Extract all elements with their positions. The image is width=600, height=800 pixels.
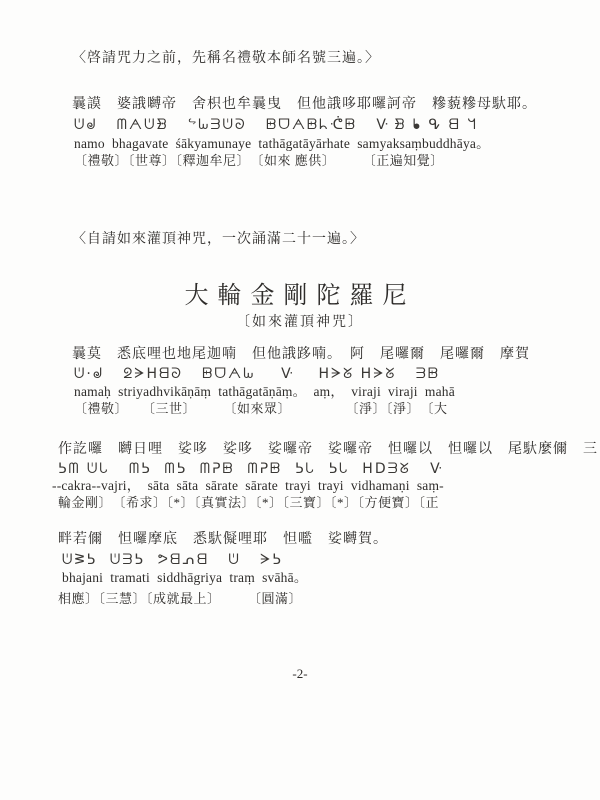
romanization-line: namo bhagavate śākyamunaye tathāgatāyārh… xyxy=(74,136,490,153)
siddham-script-line: ᕫᖙ ᗰᗅᕫᗿ ᖦᘈᗱᕫᘐ ᗸᗜᗅᗸᖺᕨᗸ ᐻ ᗿ ᖲ ᕴ ᗺ ᖻ xyxy=(74,117,478,135)
gloss-line: 〔禮敬〕 〔三世〕 〔如來眾〕 〔淨〕〔淨〕 〔大 xyxy=(74,401,448,417)
intro-note-1: 〈啓請咒力之前，先稱名禮敬本師名號三遍。〉 xyxy=(72,50,380,68)
gloss-line: 相應〕〔三慧〕〔成就最上〕 〔圓滿〕 xyxy=(58,591,302,607)
intro-note-2: 〈自請如來灌頂神咒，一次誦滿二十一遍。〉 xyxy=(72,231,365,249)
romanization-line: namaḥ striyadhvikāṇāṃ tathāgatāṇāṃ。 aṃ， … xyxy=(74,384,455,401)
dharani-subtitle: 〔如來灌頂神咒〕 xyxy=(0,314,600,332)
page-number: -2- xyxy=(0,666,600,682)
mantra-chinese-line: 曩莫 悉底哩也地尾迦喃 但他誐跢喃。 阿 尾囉爾 尾囉爾 摩賀 xyxy=(72,346,530,364)
siddham-script-line: ᕫ·ᖙ ᘖᗒᕼᗺᘐ ᗸᗜᗅᘈ ᐻ ᕼᗒᘜ ᕼᗒᘜ ᗱᗸ xyxy=(74,366,440,384)
dharani-title: 大輪金剛陀羅尼 xyxy=(0,281,600,311)
siddham-script-line: ᕫᕒᕊ ᕫᗱᕊ ᕗᗺᕄᗺ ᕫ ᗒᕊ xyxy=(62,552,283,570)
siddham-script-line: ᕊᗰ ᕫᘂ ᗰᕊ ᗰᕊ ᗰᕈᗸ ᗰᕈᗸ ᕊᘂ ᕊᘂ ᕼᗞᗱᘜ ᐻ xyxy=(58,461,442,479)
mantra-chinese-line: 作訖囉 嚩日哩 娑哆 娑哆 娑囉帝 娑囉帝 怛囉以 怛囉以 尾馱麼儞 三 xyxy=(58,441,598,459)
gloss-line: 〔禮敬〕〔世尊〕〔釋迦牟尼〕 〔如來 應供〕 〔正遍知覺〕 xyxy=(74,153,444,169)
scanned-sutra-page: 〈啓請咒力之前，先稱名禮敬本師名號三遍。〉 曩謨 婆誐嚩帝 舍枳也牟曩曳 但他誐… xyxy=(0,0,600,800)
romanization-line: bhajani tramati siddhāgriya traṃ svāhā。 xyxy=(62,570,308,587)
gloss-line: 輪金剛〕 〔希求〕〔*〕〔真實法〕〔*〕〔三寶〕〔*〕〔方便寶〕〔正 xyxy=(58,495,439,511)
romanization-line: --cakra--vajri， sāta sāta sārate sārate … xyxy=(52,478,444,495)
mantra-chinese-line: 畔若儞 怛囉摩底 悉馱儗哩耶 怛嚂 娑嚩賀。 xyxy=(58,531,388,549)
mantra-chinese-line: 曩謨 婆誐嚩帝 舍枳也牟曩曳 但他誐哆耶囉訶帝 糝藐糝母馱耶。 xyxy=(72,96,537,114)
